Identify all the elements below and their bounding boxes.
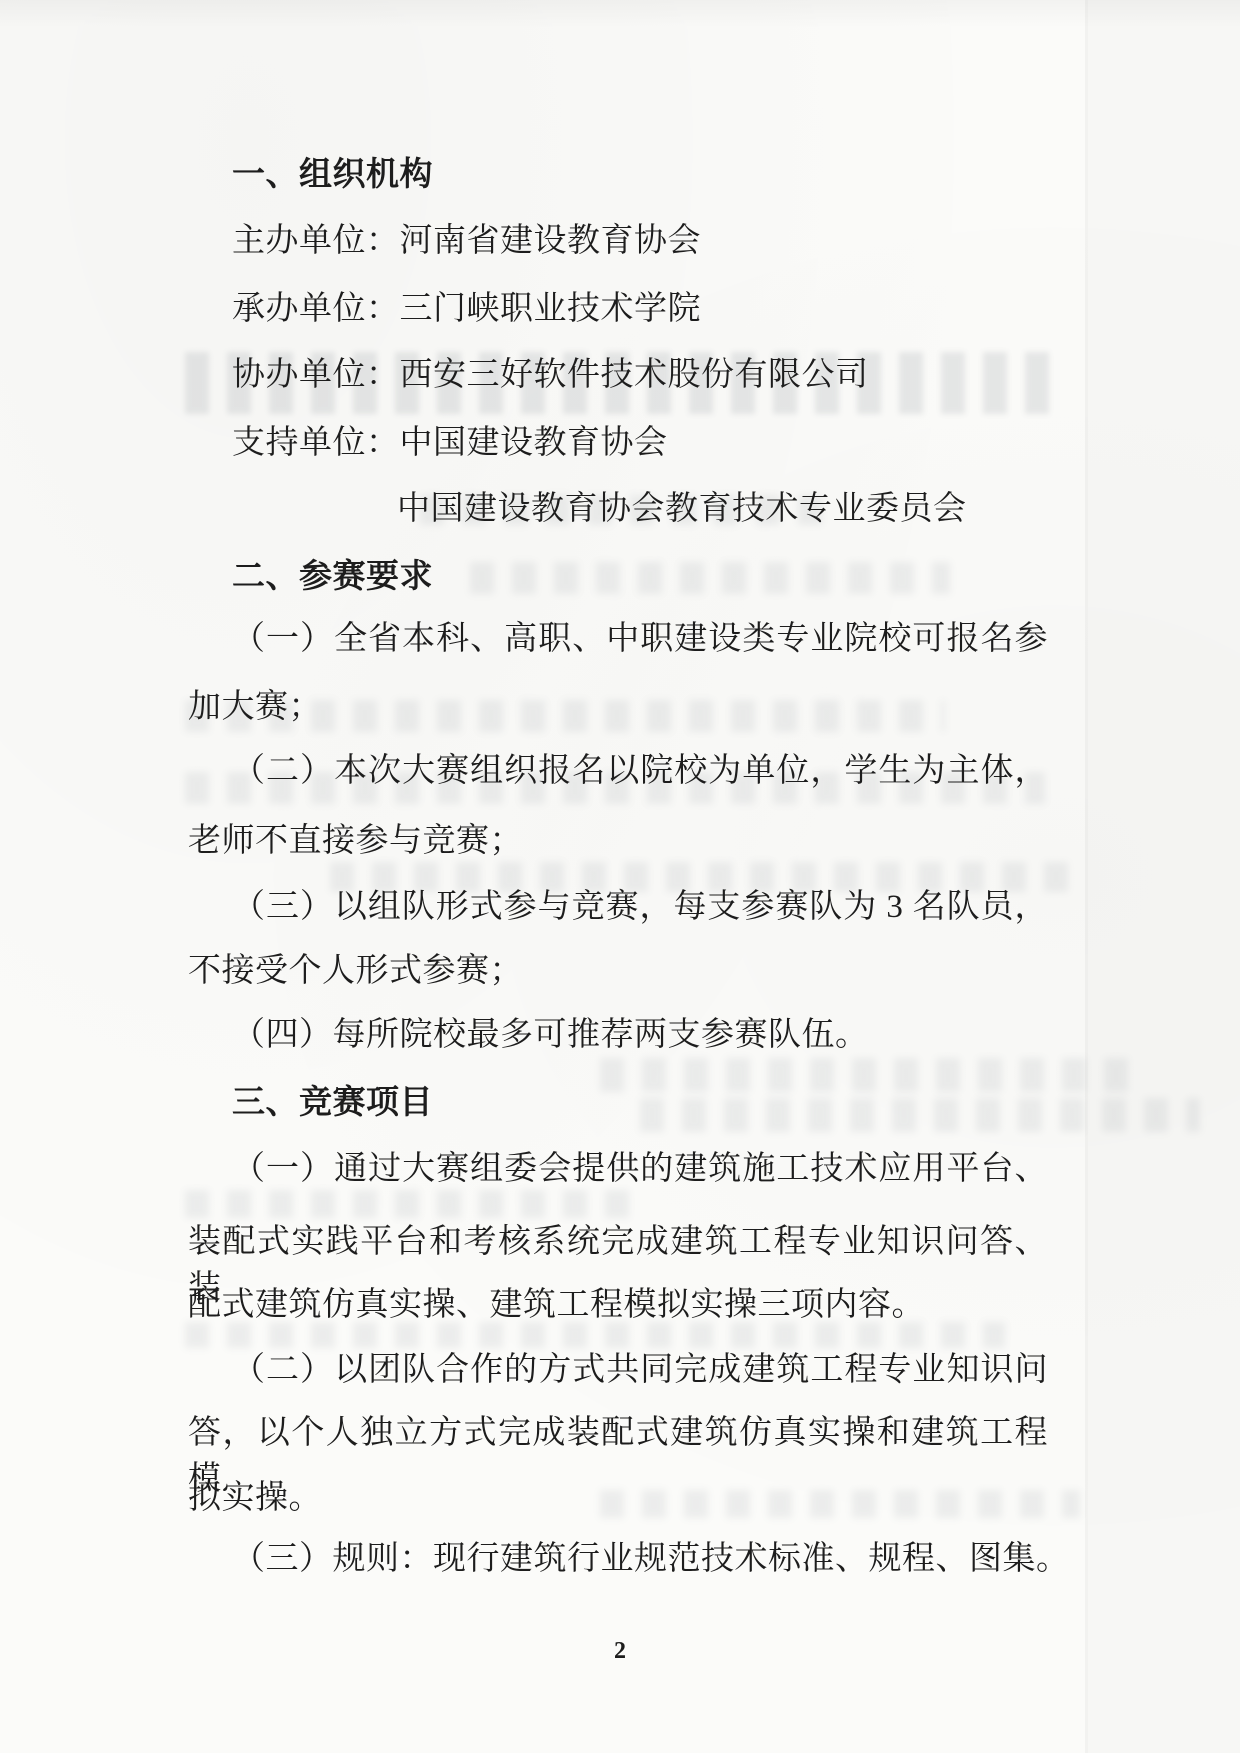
- paragraph-line: 拟实操。: [188, 1475, 1048, 1521]
- paragraph-line: （三）规则：现行建筑行业规范技术标准、规程、图集。: [188, 1536, 1048, 1582]
- scan-shading: [1088, 0, 1240, 1753]
- paragraph-line: （三）以组队形式参与竞赛，每支参赛队为 3 名队员，: [188, 884, 1048, 930]
- section-heading: 二、参赛要求: [188, 554, 1048, 600]
- paragraph-line: （一）通过大赛组委会提供的建筑施工技术应用平台、: [188, 1146, 1048, 1192]
- paragraph-line: （一）全省本科、高职、中职建设类专业院校可报名参: [188, 616, 1048, 662]
- organizer-line: 支持单位：中国建设教育协会: [188, 420, 1048, 466]
- scanned-document-page: 一、组织机构主办单位：河南省建设教育协会承办单位：三门峡职业技术学院协办单位：西…: [0, 0, 1240, 1753]
- paragraph-line: （二）以团队合作的方式共同完成建筑工程专业知识问: [188, 1347, 1048, 1393]
- paragraph-line: 加大赛；: [188, 684, 1048, 730]
- paragraph-line: 配式建筑仿真实操、建筑工程模拟实操三项内容。: [188, 1282, 1048, 1328]
- organizer-line: 协办单位：西安三好软件技术股份有限公司: [188, 352, 1048, 398]
- organizer-line: 承办单位：三门峡职业技术学院: [188, 286, 1048, 332]
- paragraph-line: （四）每所院校最多可推荐两支参赛队伍。: [188, 1012, 1048, 1058]
- section-heading: 一、组织机构: [188, 152, 1048, 198]
- paragraph-line: 不接受个人形式参赛；: [188, 948, 1048, 994]
- page-number: 2: [0, 1638, 1240, 1665]
- paragraph-line: （二）本次大赛组织报名以院校为单位，学生为主体，: [188, 748, 1048, 794]
- bleedthrough-ghost: [185, 1190, 645, 1218]
- organizer-line: 主办单位：河南省建设教育协会: [188, 218, 1048, 264]
- paragraph-line: 老师不直接参与竞赛；: [188, 818, 1048, 864]
- section-heading: 三、竞赛项目: [188, 1080, 1048, 1126]
- organizer-line: 中国建设教育协会教育技术专业委员会: [188, 486, 1048, 532]
